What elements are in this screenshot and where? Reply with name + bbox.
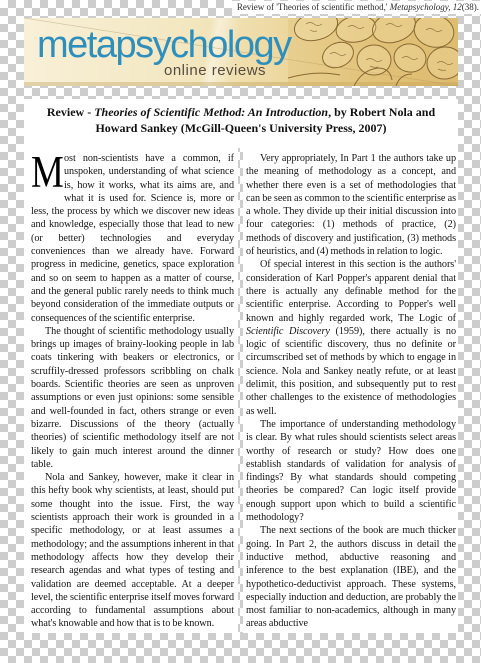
drop-cap: M bbox=[31, 153, 56, 192]
paragraph: The next sections of the book are much t… bbox=[246, 524, 456, 630]
citation-issue: (38). bbox=[462, 2, 479, 12]
citation: Review of 'Theories of scientific method… bbox=[232, 1, 481, 14]
title-pre: Review - bbox=[47, 105, 94, 119]
cited-work-title: Scientific Discovery bbox=[246, 326, 330, 337]
paragraph: Of special interest in this section is t… bbox=[246, 258, 456, 418]
banner-tagline: online reviews bbox=[164, 63, 266, 79]
paragraph: The thought of scientific methodology us… bbox=[31, 325, 234, 471]
review-title: Review - Theories of Scientific Method: … bbox=[24, 99, 458, 148]
paragraph: Nola and Sankey, however, make it clear … bbox=[31, 471, 234, 631]
right-column: Very appropriately, In Part 1 the author… bbox=[243, 148, 458, 633]
paragraph-text: (1959), there actually is no logic of sc… bbox=[246, 326, 456, 417]
citation-journal: Metapsychology, 12 bbox=[390, 2, 462, 12]
citation-pre: Review of 'Theories of scientific method… bbox=[237, 2, 390, 12]
paragraph-text: Of special interest in this section is t… bbox=[246, 259, 456, 323]
phrenology-brain-illustration-icon bbox=[288, 18, 458, 86]
left-column: Most non-scientists have a common, if un… bbox=[24, 148, 238, 633]
screenshot-root: { "citation": { "pre": "Review of 'Theor… bbox=[0, 0, 481, 663]
banner: metapsychology online reviews bbox=[24, 18, 458, 86]
paragraph: Very appropriately, In Part 1 the author… bbox=[246, 152, 456, 258]
article-body: Most non-scientists have a common, if un… bbox=[24, 148, 458, 633]
paragraph: Most non-scientists have a common, if un… bbox=[31, 152, 234, 325]
paragraph: The importance of understanding methodol… bbox=[246, 418, 456, 524]
book-title: Theories of Scientific Method: An Introd… bbox=[94, 105, 328, 119]
